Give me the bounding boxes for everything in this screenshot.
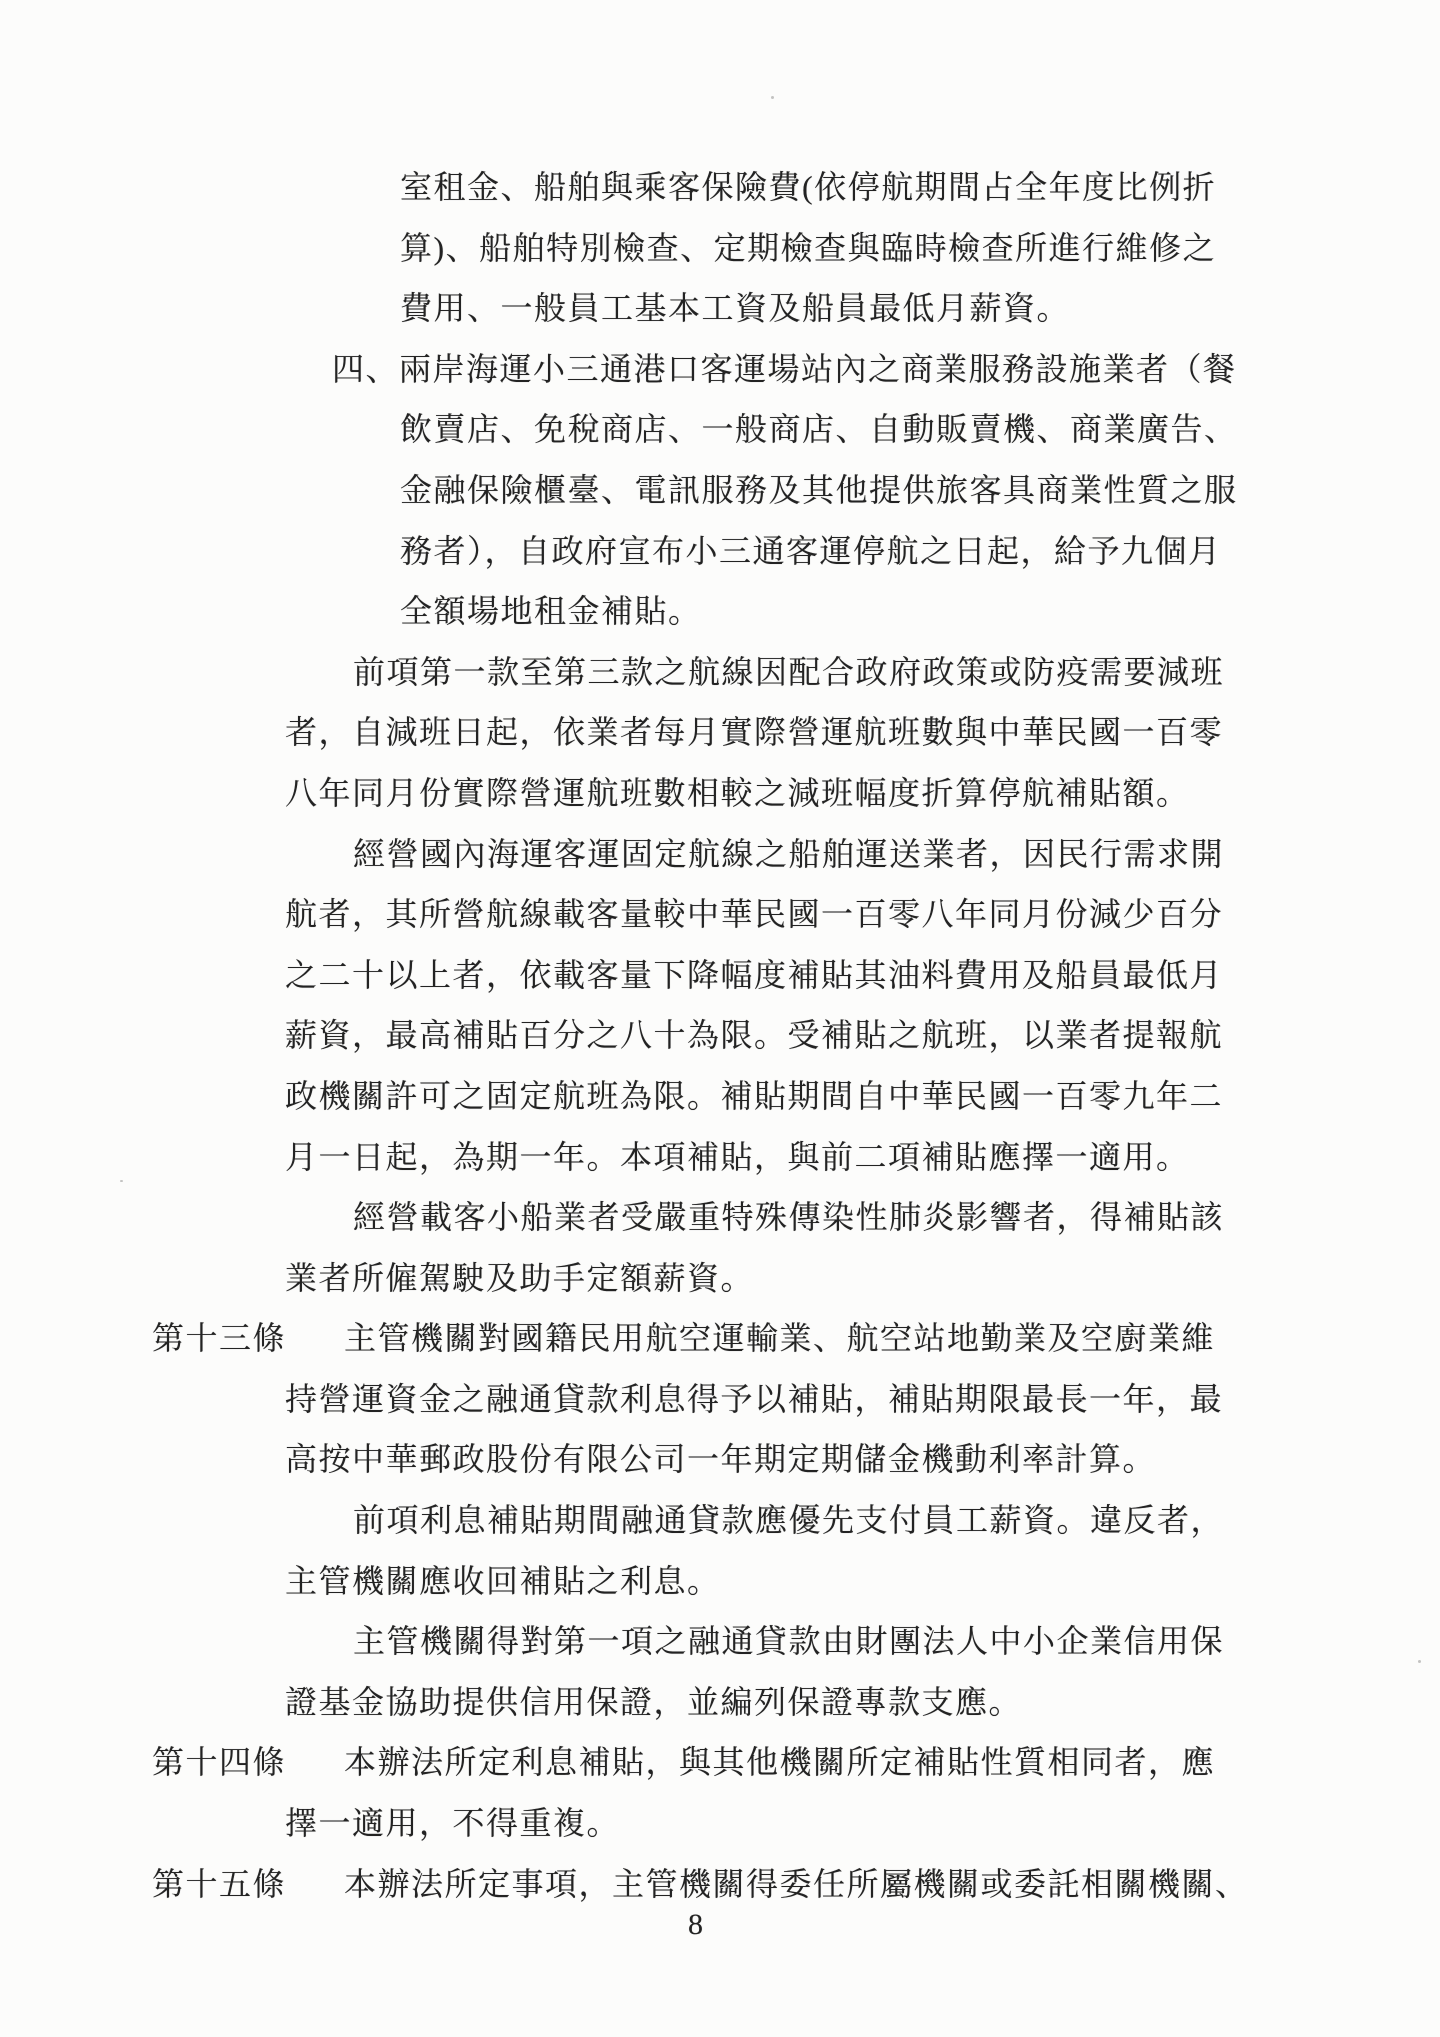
article-line: 第十三條主管機關對國籍民用航空運輸業、航空站地勤業及空廚業維 bbox=[152, 1319, 1215, 1357]
paragraph-first-line: 經營載客小船業者受嚴重特殊傳染性肺炎影響者，得補貼該 bbox=[353, 1198, 1224, 1236]
page-number: 8 bbox=[688, 1908, 703, 1942]
text-line: 算)、船舶特別檢查、定期檢查與臨時檢查所進行維修之 bbox=[400, 229, 1216, 267]
text-line: 政機關許可之固定航班為限。補貼期間自中華民國一百零九年二 bbox=[285, 1077, 1223, 1115]
text-line: 高按中華郵政股份有限公司一年期定期儲金機動利率計算。 bbox=[285, 1440, 1156, 1478]
article-line: 第十五條本辦法所定事項，主管機關得委任所屬機關或委託相關機關、 bbox=[152, 1865, 1249, 1903]
paragraph-first-line: 前項利息補貼期間融通貸款應優先支付員工薪資。違反者， bbox=[353, 1501, 1224, 1539]
text-line: 航者，其所營航線載客量較中華民國一百零八年同月份減少百分 bbox=[285, 895, 1223, 933]
scan-speck bbox=[1418, 1660, 1421, 1663]
paragraph-first-line: 經營國內海運客運固定航線之船舶運送業者，因民行需求開 bbox=[353, 835, 1224, 873]
article-text: 本辦法所定事項，主管機關得委任所屬機關或委託相關機關、 bbox=[344, 1866, 1249, 1902]
text-line: 之二十以上者，依載客量下降幅度補貼其油料費用及船員最低月 bbox=[285, 956, 1223, 994]
article-number: 第十四條 bbox=[152, 1744, 286, 1780]
text-line: 持營運資金之融通貸款利息得予以補貼，補貼期限最長一年，最 bbox=[285, 1380, 1223, 1418]
paragraph-first-line: 前項第一款至第三款之航線因配合政府政策或防疫需要減班 bbox=[353, 653, 1224, 691]
scan-speck bbox=[120, 1180, 123, 1182]
text-line: 費用、一般員工基本工資及船員最低月薪資。 bbox=[400, 289, 1070, 327]
scan-speck bbox=[771, 96, 774, 99]
article-line: 第十四條本辦法所定利息補貼，與其他機關所定補貼性質相同者，應 bbox=[152, 1743, 1215, 1781]
article-text: 主管機關對國籍民用航空運輸業、航空站地勤業及空廚業維 bbox=[344, 1320, 1215, 1356]
list-item-marker: 四、 bbox=[332, 351, 399, 387]
article-number: 第十五條 bbox=[152, 1866, 286, 1902]
text-line: 金融保險櫃臺、電訊服務及其他提供旅客具商業性質之服 bbox=[400, 471, 1238, 509]
text-line: 者，自減班日起，依業者每月實際營運航班數與中華民國一百零 bbox=[285, 713, 1223, 751]
text-line: 務者），自政府宣布小三通客運停航之日起，給予九個月 bbox=[400, 532, 1222, 570]
text-line: 薪資，最高補貼百分之八十為限。受補貼之航班，以業者提報航 bbox=[285, 1016, 1223, 1054]
text-line: 飲賣店、免稅商店、一般商店、自動販賣機、商業廣告、 bbox=[400, 410, 1238, 448]
text-line: 主管機關應收回補貼之利息。 bbox=[285, 1562, 721, 1600]
list-item-line: 四、兩岸海運小三通港口客運場站內之商業服務設施業者（餐 bbox=[332, 350, 1237, 388]
text-line: 月一日起，為期一年。本項補貼，與前二項補貼應擇一適用。 bbox=[285, 1138, 1190, 1176]
text-line: 八年同月份實際營運航班數相較之減班幅度折算停航補貼額。 bbox=[285, 774, 1190, 812]
article-number: 第十三條 bbox=[152, 1320, 286, 1356]
text-line: 室租金、船舶與乘客保險費(依停航期間占全年度比例折 bbox=[400, 168, 1216, 206]
document-page: 室租金、船舶與乘客保險費(依停航期間占全年度比例折 算)、船舶特別檢查、定期檢查… bbox=[0, 0, 1440, 2037]
article-text: 本辦法所定利息補貼，與其他機關所定補貼性質相同者，應 bbox=[344, 1744, 1215, 1780]
text-line: 擇一適用，不得重複。 bbox=[285, 1804, 620, 1842]
text-line: 全額場地租金補貼。 bbox=[400, 592, 702, 630]
text-line: 證基金協助提供信用保證，並編列保證專款支應。 bbox=[285, 1683, 1022, 1721]
list-item-text: 兩岸海運小三通港口客運場站內之商業服務設施業者（餐 bbox=[399, 351, 1237, 387]
paragraph-first-line: 主管機關得對第一項之融通貸款由財團法人中小企業信用保 bbox=[353, 1622, 1224, 1660]
text-line: 業者所僱駕駛及助手定額薪資。 bbox=[285, 1259, 754, 1297]
